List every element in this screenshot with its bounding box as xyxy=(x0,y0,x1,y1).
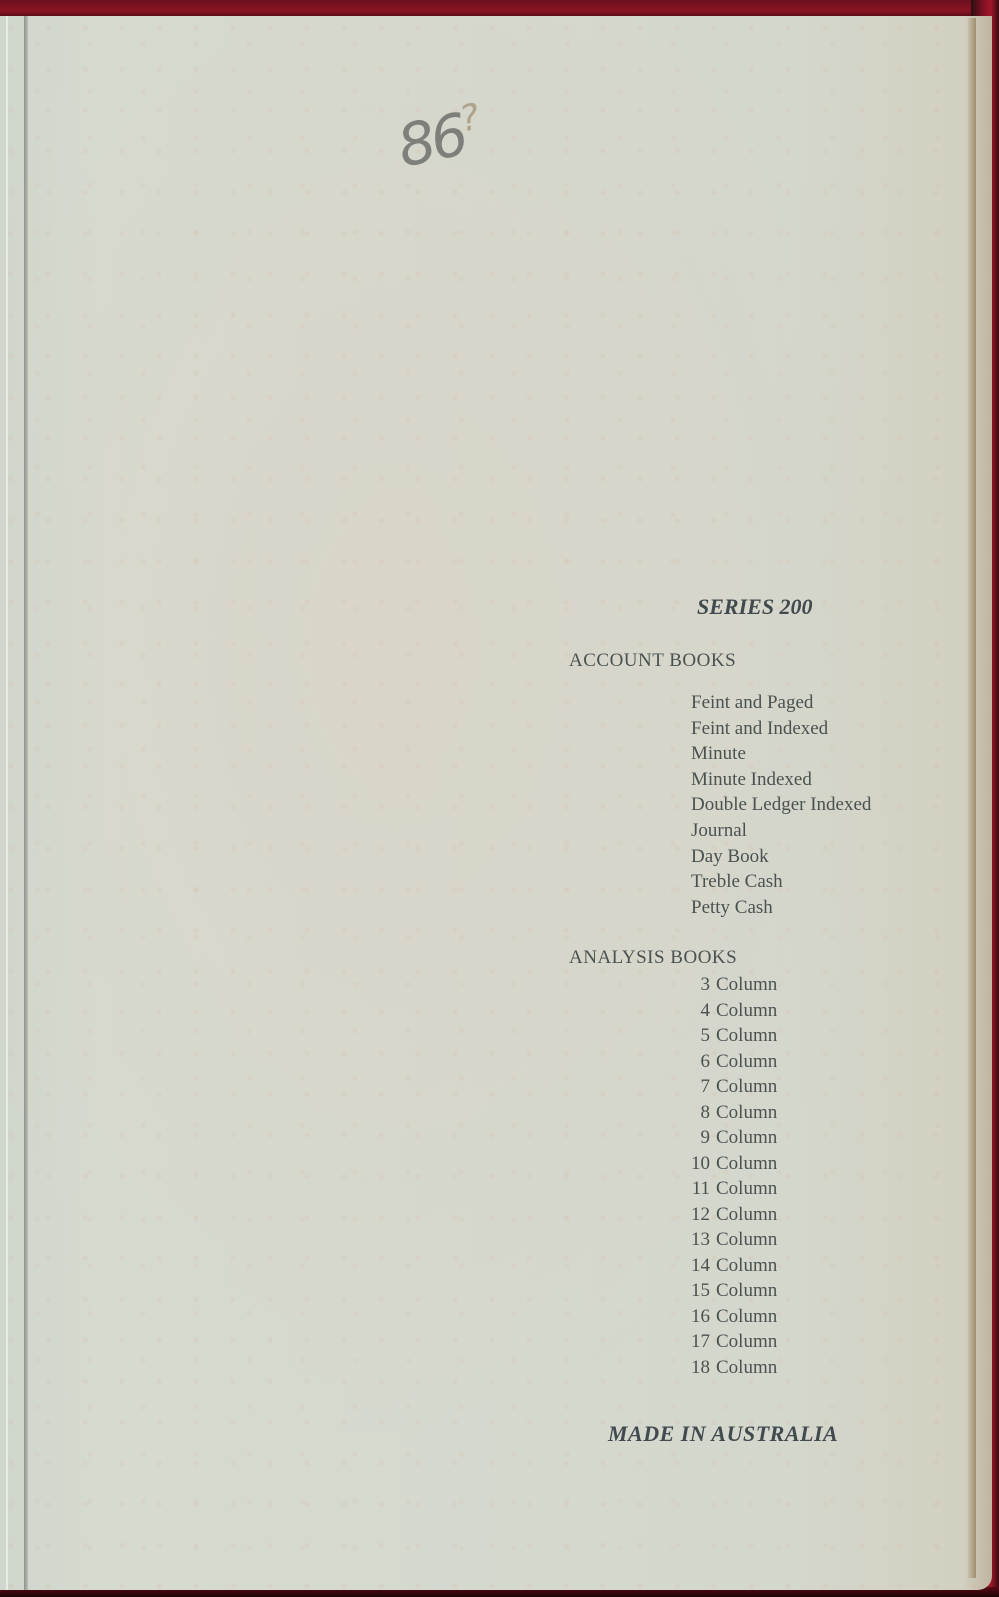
page-fold-highlight xyxy=(6,16,8,1590)
column-count: 13 xyxy=(680,1227,710,1253)
list-item: 5Column xyxy=(680,1023,777,1049)
column-count: 14 xyxy=(680,1253,710,1279)
column-count: 18 xyxy=(680,1355,710,1381)
column-count: 10 xyxy=(680,1151,710,1177)
series-title: SERIES 200 xyxy=(697,594,813,620)
list-item: 15Column xyxy=(680,1278,777,1304)
column-label: Column xyxy=(716,1357,777,1378)
list-item: Minute xyxy=(691,741,871,767)
column-label: Column xyxy=(716,1204,777,1225)
list-item: 8Column xyxy=(680,1100,777,1126)
column-count: 7 xyxy=(680,1074,710,1100)
column-label: Column xyxy=(716,1051,777,1072)
column-count: 8 xyxy=(680,1100,710,1126)
column-count: 12 xyxy=(680,1202,710,1228)
column-count: 3 xyxy=(680,972,710,998)
column-label: Column xyxy=(716,1076,777,1097)
list-item: 9Column xyxy=(680,1125,777,1151)
list-item: Day Book xyxy=(691,844,871,870)
list-item: Treble Cash xyxy=(691,869,871,895)
column-label: Column xyxy=(716,1178,777,1199)
column-count: 15 xyxy=(680,1278,710,1304)
list-item: Minute Indexed xyxy=(691,767,871,793)
column-label: Column xyxy=(716,1127,777,1148)
column-count: 6 xyxy=(680,1049,710,1075)
list-item: 6Column xyxy=(680,1049,777,1075)
made-in-australia-footer: MADE IN AUSTRALIA xyxy=(608,1421,838,1447)
column-count: 17 xyxy=(680,1329,710,1355)
column-count: 16 xyxy=(680,1304,710,1330)
list-item: 17Column xyxy=(680,1329,777,1355)
account-books-heading: ACCOUNT BOOKS xyxy=(569,650,736,672)
column-count: 4 xyxy=(680,998,710,1024)
column-label: Column xyxy=(716,1331,777,1352)
list-item: Petty Cash xyxy=(691,895,871,921)
column-label: Column xyxy=(716,1000,777,1021)
column-label: Column xyxy=(716,1280,777,1301)
analysis-books-heading: ANALYSIS BOOKS xyxy=(569,947,737,969)
list-item: Feint and Indexed xyxy=(691,716,871,742)
column-label: Column xyxy=(716,1306,777,1327)
account-books-list: Feint and Paged Feint and Indexed Minute… xyxy=(691,690,871,920)
list-item: 7Column xyxy=(680,1074,777,1100)
column-count: 11 xyxy=(680,1176,710,1202)
list-item: 10Column xyxy=(680,1151,777,1177)
list-item: Feint and Paged xyxy=(691,690,871,716)
list-item: Double Ledger Indexed xyxy=(691,792,871,818)
list-item: 14Column xyxy=(680,1253,777,1279)
list-item: Journal xyxy=(691,818,871,844)
list-item: 3Column xyxy=(680,972,777,998)
column-count: 9 xyxy=(680,1125,710,1151)
list-item: 18Column xyxy=(680,1355,777,1381)
list-item: 13Column xyxy=(680,1227,777,1253)
column-label: Column xyxy=(716,1255,777,1276)
list-item: 12Column xyxy=(680,1202,777,1228)
column-label: Column xyxy=(716,1102,777,1123)
column-count: 5 xyxy=(680,1023,710,1049)
column-label: Column xyxy=(716,1025,777,1046)
page-gutter-line xyxy=(24,16,28,1590)
analysis-books-list: 3Column 4Column 5Column 6Column 7Column … xyxy=(680,972,777,1380)
list-item: 4Column xyxy=(680,998,777,1024)
page-fore-edge xyxy=(968,18,976,1578)
column-label: Column xyxy=(716,1153,777,1174)
list-item: 16Column xyxy=(680,1304,777,1330)
column-label: Column xyxy=(716,974,777,995)
list-item: 11Column xyxy=(680,1176,777,1202)
column-label: Column xyxy=(716,1229,777,1250)
